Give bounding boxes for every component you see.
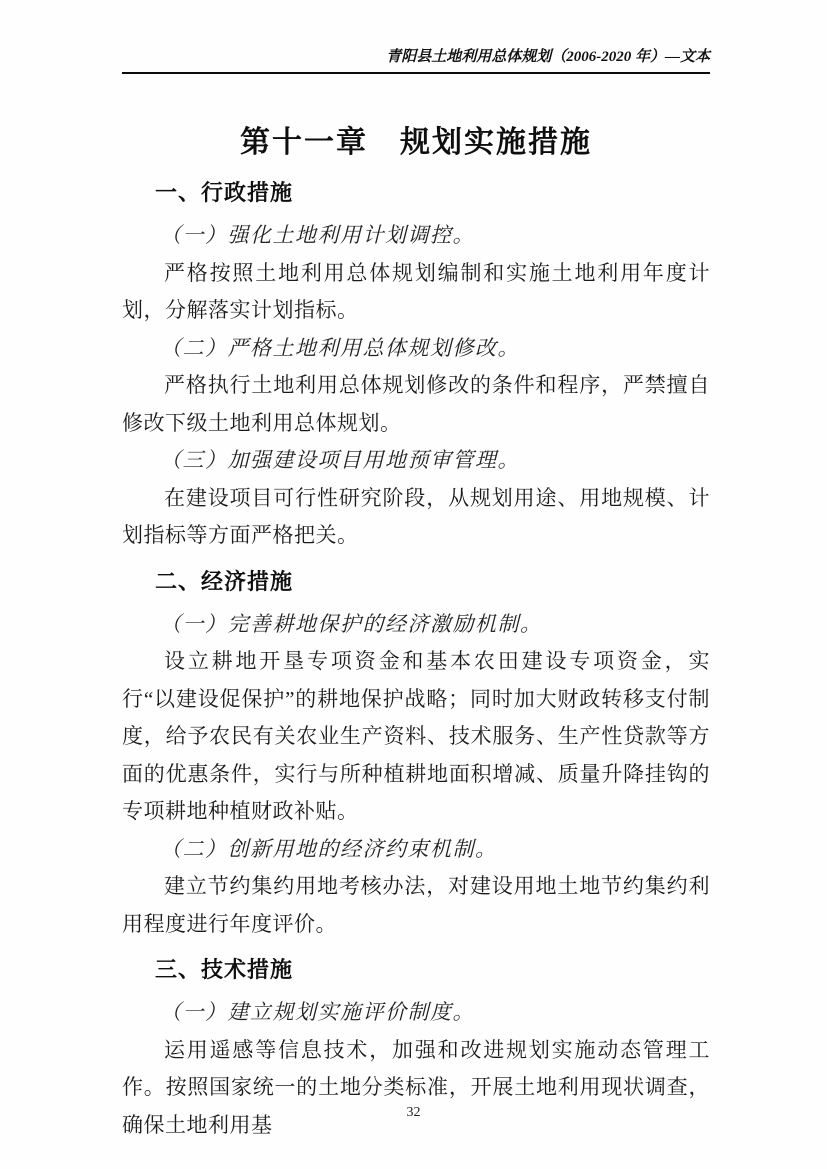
subsection-heading: （二）创新用地的经济约束机制。	[122, 831, 710, 869]
paragraph: 运用遥感等信息技术，加强和改进规划实施动态管理工作。按照国家统一的土地分类标准，…	[122, 1032, 710, 1145]
page-header: 青阳县土地利用总体规划（2006-2020 年）—文本	[122, 47, 710, 74]
section-heading-economic: 二、经济措施	[155, 567, 710, 597]
chapter-title: 第十一章 规划实施措施	[122, 122, 710, 164]
page-footer: 32	[0, 1105, 827, 1121]
header-running-title: 青阳县土地利用总体规划（2006-2020 年）—文本	[386, 49, 710, 65]
subsection-heading: （一）强化土地利用计划调控。	[122, 217, 710, 255]
section-heading-administrative: 一、行政措施	[155, 178, 710, 208]
subsection-heading: （一）完善耕地保护的经济激励机制。	[122, 606, 710, 644]
subsection-heading: （三）加强建设项目用地预审管理。	[122, 442, 710, 480]
section-heading-technical: 三、技术措施	[155, 955, 710, 985]
subsection-heading: （一）建立规划实施评价制度。	[122, 994, 710, 1032]
paragraph: 建立节约集约用地考核办法，对建设用地土地节约集约利用程度进行年度评价。	[122, 868, 710, 943]
paragraph: 在建设项目可行性研究阶段，从规划用途、用地规模、计划指标等方面严格把关。	[122, 480, 710, 555]
subsection-heading: （二）严格土地利用总体规划修改。	[122, 330, 710, 368]
paragraph: 严格按照土地利用总体规划编制和实施土地利用年度计划，分解落实计划指标。	[122, 255, 710, 330]
document-page: 青阳县土地利用总体规划（2006-2020 年）—文本 第十一章 规划实施措施 …	[0, 0, 827, 1169]
paragraph: 严格执行土地利用总体规划修改的条件和程序，严禁擅自修改下级土地利用总体规划。	[122, 367, 710, 442]
paragraph: 设立耕地开垦专项资金和基本农田建设专项资金，实行“以建设促保护”的耕地保护战略；…	[122, 643, 710, 831]
page-number: 32	[407, 1105, 421, 1120]
page-content: 青阳县土地利用总体规划（2006-2020 年）—文本 第十一章 规划实施措施 …	[0, 0, 827, 1144]
